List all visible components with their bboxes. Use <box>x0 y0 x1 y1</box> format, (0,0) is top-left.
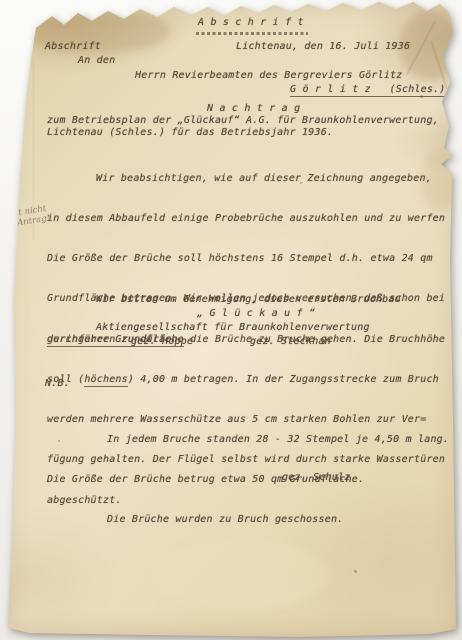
copy-label-left: Abschrift <box>45 41 101 52</box>
underlined-word-hoechens: höchens <box>84 374 128 387</box>
recipient-city: G ö r l i t z (Schles.) <box>290 84 446 97</box>
subject-title: N a c h t r a g <box>207 103 300 114</box>
nb-line3: Die Brüche wurden zu Bruch geschossen. <box>47 513 449 526</box>
body-p1-line6-rest: ) 4,00 m betragen. In der Zugangsstrecke… <box>128 374 439 385</box>
signature-gez-steckhan: gez. Steckhan <box>250 336 331 347</box>
body-p2-line2: durchführen zu dürfen. <box>47 333 401 346</box>
body-paragraph-2: Wir bitten um Genehmigung, diesen ersten… <box>47 266 401 373</box>
signature-company-line: Aktiengesellschaft für Braunkohlenverwer… <box>96 322 370 333</box>
body-p2-line1: Wir bitten um Genehmigung, diesen ersten… <box>47 293 401 306</box>
nb-line1: In jedem Bruche standen 28 - 32 Stempel … <box>47 433 449 446</box>
paper-shadow-wrap: A b s c h r i f t Abschrift Lichtenau, d… <box>0 0 462 640</box>
recipient-intro: An den <box>78 55 115 66</box>
subject-line-2: Lichtenau (Schles.) für das Betriebsjahr… <box>47 127 333 138</box>
copy-label-centered: A b s c h r i f t <box>198 17 304 28</box>
nb-paragraph: In jedem Bruche standen 28 - 32 Stempel … <box>47 406 449 553</box>
body-p1-line2: in diesem Abbaufeld einige Probebrüche a… <box>47 212 445 225</box>
aged-paper-sheet: A b s c h r i f t Abschrift Lichtenau, d… <box>0 0 462 640</box>
handwritten-margin-note: fehlt nicht im Antrag! <box>2 204 51 230</box>
nb-label: N.B. <box>45 378 70 389</box>
subject-line-1: zum Betriebsplan der „Glückauf“ A.G. für… <box>47 115 439 126</box>
body-p1-line6: soll (höchens) 4,00 m betragen. In der Z… <box>47 373 445 386</box>
typewritten-content: A b s c h r i f t Abschrift Lichtenau, d… <box>0 0 462 640</box>
copy-label-underline <box>196 32 308 35</box>
nb-line2: Die Größe der Brüche betrug etwa 50 qm G… <box>47 473 449 486</box>
body-p1-line3: Die Größe der Brüche soll höchstens 16 S… <box>47 252 445 265</box>
scanned-document-photo: A b s c h r i f t Abschrift Lichtenau, d… <box>0 0 462 640</box>
dateline: Lichtenau, den 16. Juli 1936 <box>236 41 410 52</box>
recipient-line: Herrn Revierbeamten des Bergreviers Görl… <box>135 70 402 81</box>
body-p1-line1: Wir beabsichtigen, wie auf dieser Zeichn… <box>47 172 445 185</box>
margin-note-line2: im Antrag! <box>3 214 50 231</box>
signature-gez-schulz: gez. Schulz <box>282 472 350 483</box>
signature-gez-hoppe: gez. Hoppe <box>131 336 193 347</box>
signature-company-name-spaced: „ G l ü c k a u f “ <box>197 308 315 319</box>
